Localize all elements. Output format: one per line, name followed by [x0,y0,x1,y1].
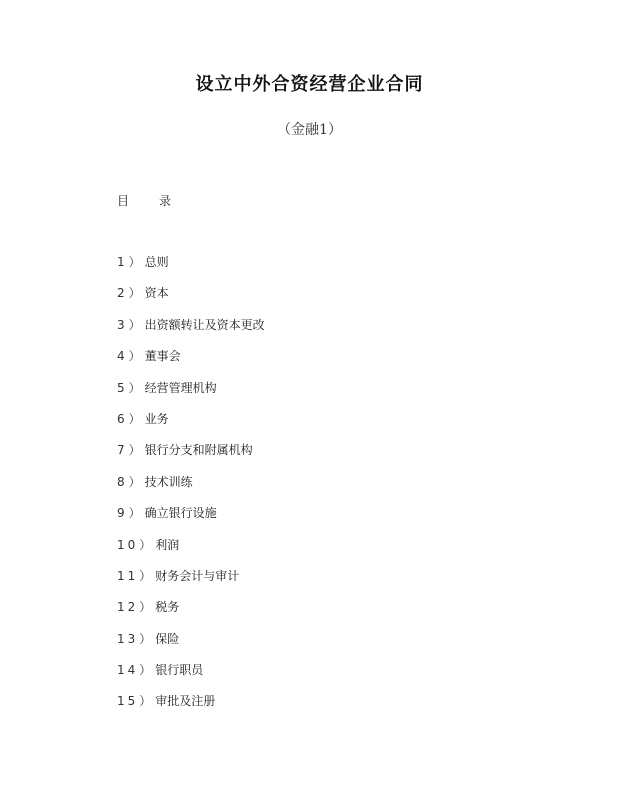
toc-item: 7）银行分支和附属机构 [117,441,265,472]
toc-number: 5 [117,379,128,397]
toc-item: 12）税务 [117,598,265,629]
toc-number: 6 [117,410,128,428]
toc-item: 14）银行职员 [117,661,265,692]
toc-paren: ） [129,284,141,302]
toc-item: 2）资本 [117,284,265,315]
toc-number: 10 [117,536,138,554]
toc-label: 税务 [155,598,179,616]
toc-number: 11 [117,567,138,585]
toc-paren: ） [129,379,141,397]
toc-number: 13 [117,630,138,648]
toc-label: 银行职员 [155,661,203,679]
toc-number: 3 [117,316,128,334]
toc-paren: ） [129,316,141,334]
toc-label: 确立银行设施 [145,504,217,522]
toc-number: 14 [117,661,138,679]
toc-paren: ） [139,661,151,679]
toc-number: 9 [117,504,128,522]
toc-number: 12 [117,598,138,616]
toc-item: 10）利润 [117,536,265,567]
document-page: 设立中外合资经营企业合同 （金融1） 目 录 1）总则 2）资本 3）出资额转让… [0,0,619,800]
toc-paren: ） [129,473,141,491]
toc-label: 财务会计与审计 [155,567,239,585]
toc-number: 2 [117,284,128,302]
toc-heading: 目 录 [117,192,171,210]
document-title: 设立中外合资经营企业合同 [0,73,619,97]
toc-label: 审批及注册 [155,692,215,710]
toc-label: 总则 [145,253,169,271]
document-subtitle: （金融1） [0,120,619,140]
toc-number: 15 [117,692,138,710]
toc-paren: ） [129,441,141,459]
toc-item: 8）技术训练 [117,473,265,504]
toc-label: 出资额转让及资本更改 [145,316,265,334]
toc-paren: ） [139,692,151,710]
toc-heading-right: 录 [159,192,171,210]
toc-number: 4 [117,347,128,365]
toc-number: 1 [117,253,128,271]
toc-item: 13）保险 [117,630,265,661]
toc-item: 15）审批及注册 [117,692,265,723]
toc-label: 保险 [155,630,179,648]
toc-label: 技术训练 [145,473,193,491]
toc-label: 银行分支和附属机构 [145,441,253,459]
toc-paren: ） [129,410,141,428]
table-of-contents: 1）总则 2）资本 3）出资额转让及资本更改 4）董事会 5）经营管理机构 6）… [117,253,265,724]
toc-paren: ） [129,347,141,365]
toc-item: 9）确立银行设施 [117,504,265,535]
toc-label: 利润 [155,536,179,554]
toc-paren: ） [139,630,151,648]
toc-heading-left: 目 [117,192,129,210]
toc-item: 5）经营管理机构 [117,379,265,410]
toc-paren: ） [129,504,141,522]
toc-paren: ） [139,598,151,616]
toc-label: 业务 [145,410,169,428]
toc-item: 1）总则 [117,253,265,284]
toc-label: 经营管理机构 [145,379,217,397]
toc-paren: ） [139,536,151,554]
toc-item: 11）财务会计与审计 [117,567,265,598]
toc-item: 6）业务 [117,410,265,441]
toc-number: 7 [117,441,128,459]
toc-item: 3）出资额转让及资本更改 [117,316,265,347]
toc-item: 4）董事会 [117,347,265,378]
toc-label: 资本 [145,284,169,302]
toc-paren: ） [139,567,151,585]
toc-paren: ） [129,253,141,271]
toc-label: 董事会 [145,347,181,365]
toc-number: 8 [117,473,128,491]
